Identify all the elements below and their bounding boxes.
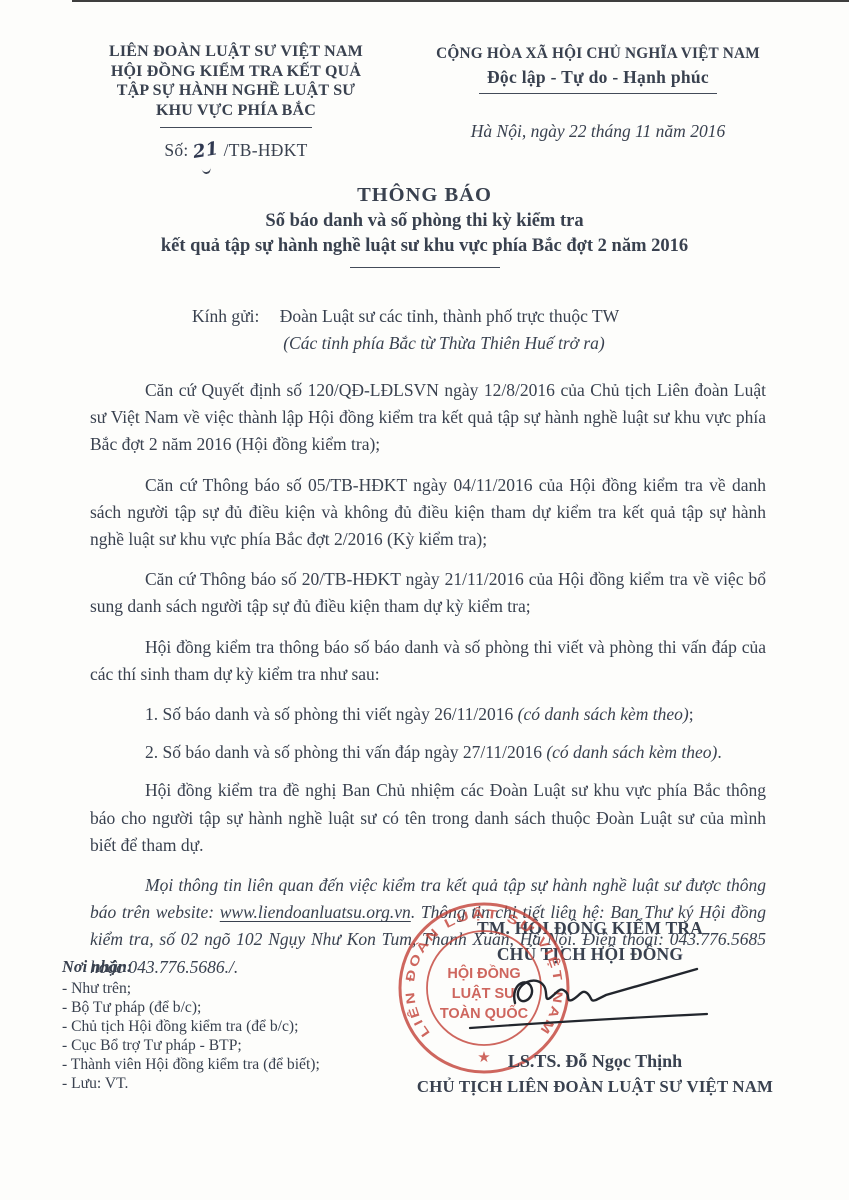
recipient-block: Kính gửi: Đoàn Luật sư các tỉnh, thành p… bbox=[90, 303, 764, 357]
item2-text: 2. Số báo danh và số phòng thi vấn đáp n… bbox=[145, 742, 546, 762]
scan-artifact-top-edge bbox=[72, 0, 849, 2]
item1-punctuation: ; bbox=[689, 704, 694, 724]
distribution-items: - Như trên; - Bộ Tư pháp (để b/c); - Chủ… bbox=[62, 980, 392, 1094]
item1-attachment-note: (có danh sách kèm theo) bbox=[518, 704, 689, 724]
item2-punctuation: . bbox=[717, 742, 721, 762]
recipient-note: (Các tỉnh phía Bắc từ Thừa Thiên Huế trở… bbox=[90, 330, 764, 357]
place-and-date: Hà Nội, ngày 22 tháng 11 năm 2016 bbox=[405, 121, 791, 142]
paragraph-legal-basis-2: Căn cứ Thông báo số 05/TB-HĐKT ngày 04/1… bbox=[90, 472, 766, 554]
scanned-official-document: LIÊN ĐOÀN LUẬT SƯ VIỆT NAM HỘI ĐỒNG KIỂM… bbox=[0, 0, 849, 1200]
org-name-line: TẬP SỰ HÀNH NGHỀ LUẬT SƯ bbox=[52, 81, 420, 101]
document-body: Căn cứ Quyết định số 120/QĐ-LĐLSVN ngày … bbox=[90, 377, 766, 981]
list-item-written-exam: 1. Số báo danh và số phòng thi viết ngày… bbox=[90, 701, 766, 728]
distribution-item: - Bộ Tư pháp (để b/c); bbox=[62, 999, 392, 1018]
website-url: www.liendoanluatsu.org.vn bbox=[220, 902, 411, 922]
distribution-item: - Như trên; bbox=[62, 980, 392, 999]
item2-attachment-note: (có danh sách kèm theo) bbox=[546, 742, 717, 762]
distribution-item: - Cục Bổ trợ Tư pháp - BTP; bbox=[62, 1037, 392, 1056]
document-subject-line1: Số báo danh và số phòng thi kỳ kiểm tra bbox=[0, 211, 849, 232]
letterhead-issuing-org: LIÊN ĐOÀN LUẬT SƯ VIỆT NAM HỘI ĐỒNG KIỂM… bbox=[52, 42, 420, 161]
distribution-label: Nơi nhận: bbox=[62, 958, 392, 977]
title-divider bbox=[350, 267, 500, 268]
paragraph-legal-basis-3: Căn cứ Thông báo số 20/TB-HĐKT ngày 21/1… bbox=[90, 566, 766, 620]
list-item-oral-exam: 2. Số báo danh và số phòng thi vấn đáp n… bbox=[90, 739, 766, 766]
letterhead-divider bbox=[160, 127, 312, 128]
document-number-handwritten: 21 bbox=[192, 139, 220, 162]
recipient-label: Kính gửi: bbox=[192, 306, 259, 326]
item1-text: 1. Số báo danh và số phòng thi viết ngày… bbox=[145, 704, 518, 724]
distribution-item: - Thành viên Hội đồng kiểm tra (để biết)… bbox=[62, 1056, 392, 1075]
handwritten-signature bbox=[452, 948, 727, 1043]
paragraph-legal-basis-1: Căn cứ Quyết định số 120/QĐ-LĐLSVN ngày … bbox=[90, 377, 766, 459]
org-name-line: KHU VỰC PHÍA BẮC bbox=[52, 101, 420, 121]
recipient-line: Kính gửi: Đoàn Luật sư các tỉnh, thành p… bbox=[90, 303, 764, 330]
org-name-line: LIÊN ĐOÀN LUẬT SƯ VIỆT NAM bbox=[52, 42, 420, 62]
distribution-item: - Lưu: VT. bbox=[62, 1075, 392, 1094]
recipient-name: Đoàn Luật sư các tỉnh, thành phố trực th… bbox=[280, 306, 619, 326]
letterhead-national: CỘNG HÒA XÃ HỘI CHỦ NGHĨA VIỆT NAM Độc l… bbox=[405, 45, 791, 142]
signer-name: LS.TS. Đỗ Ngọc Thịnh bbox=[405, 1048, 785, 1074]
motto-divider bbox=[479, 93, 717, 94]
document-number-prefix: Số: bbox=[164, 140, 188, 160]
document-number: Số: 21 /TB-HĐKT bbox=[52, 141, 420, 161]
document-number-suffix: /TB-HĐKT bbox=[224, 140, 308, 160]
document-type-title: THÔNG BÁO bbox=[0, 184, 849, 207]
document-title-block: THÔNG BÁO Số báo danh và số phòng thi kỳ… bbox=[0, 184, 849, 268]
national-motto: Độc lập - Tự do - Hạnh phúc bbox=[405, 67, 791, 88]
paragraph-announcement: Hội đồng kiểm tra thông báo số báo danh … bbox=[90, 634, 766, 688]
signing-org-line: TM. HỘI ĐỒNG KIỂM TRA bbox=[430, 915, 750, 941]
org-name-line: HỘI ĐỒNG KIỂM TRA KẾT QUẢ bbox=[52, 62, 420, 82]
national-header: CỘNG HÒA XÃ HỘI CHỦ NGHĨA VIỆT NAM bbox=[405, 45, 791, 63]
signer-role: CHỦ TỊCH LIÊN ĐOÀN LUẬT SƯ VIỆT NAM bbox=[405, 1074, 785, 1100]
pen-mark-artifact bbox=[201, 166, 211, 175]
paragraph-request: Hội đồng kiểm tra đề nghị Ban Chủ nhiệm … bbox=[90, 777, 766, 859]
distribution-item: - Chủ tịch Hội đồng kiểm tra (để b/c); bbox=[62, 1018, 392, 1037]
document-subject-line2: kết quả tập sự hành nghề luật sư khu vực… bbox=[0, 236, 849, 257]
signer-block: LS.TS. Đỗ Ngọc Thịnh CHỦ TỊCH LIÊN ĐOÀN … bbox=[405, 1048, 785, 1100]
distribution-list: Nơi nhận: - Như trên; - Bộ Tư pháp (để b… bbox=[62, 958, 392, 1094]
